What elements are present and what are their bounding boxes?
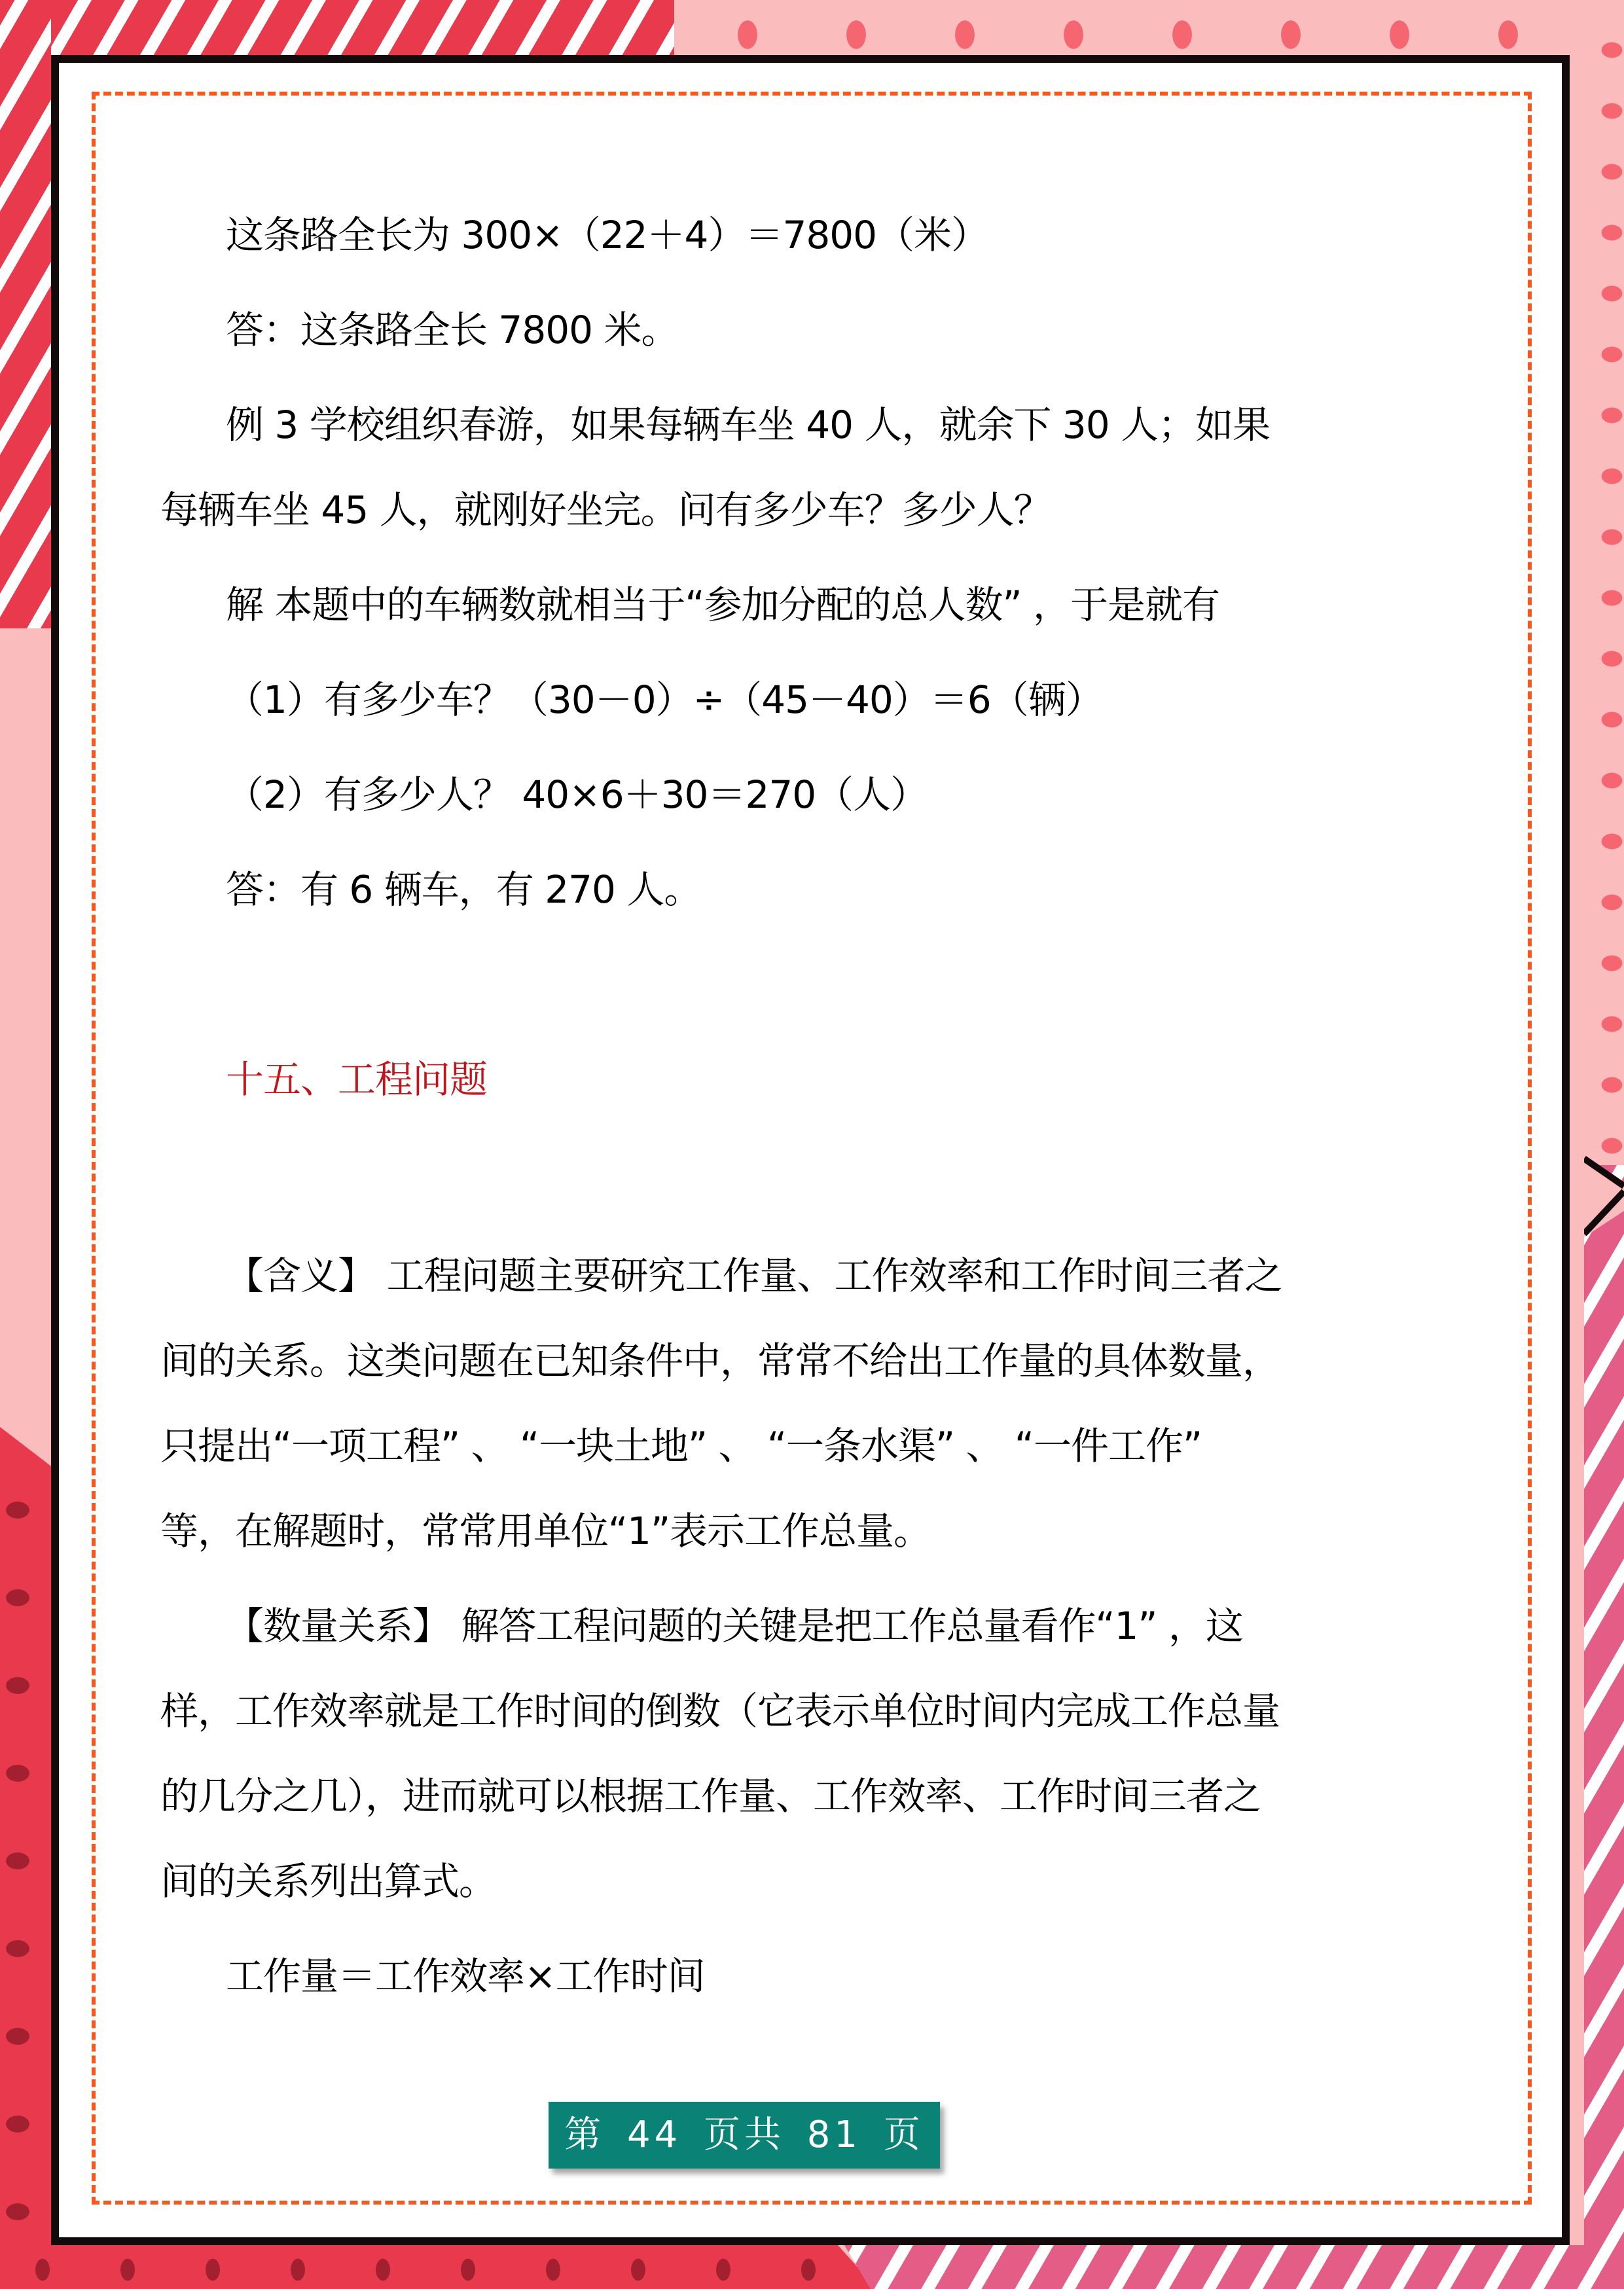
quantity-relation-text: 解答工程问题的关键是把工作总量看作“1” ，这: [450, 1604, 1243, 1648]
left-pink-decoration: [0, 628, 51, 1479]
definition-line-1: 【含义】 工程问题主要研究工作量、工作效率和工作时间三者之: [226, 1257, 1282, 1295]
right-dots-decoration: [1584, 0, 1624, 1165]
left-stripe-decoration: [0, 0, 51, 668]
quantity-relation-line-4: 间的关系列出算式。: [160, 1862, 496, 1900]
definition-label: 【含义】: [226, 1253, 375, 1298]
quantity-relation-line-1: 【数量关系】 解答工程问题的关键是把工作总量看作“1” ，这: [226, 1607, 1243, 1645]
solution-step-1: （1）有多少车？（30－0）÷（45－40）＝6（辆）: [226, 681, 1103, 719]
quantity-relation-label: 【数量关系】: [226, 1604, 450, 1648]
definition-line-3: 只提出“一项工程” 、 “一块土地” 、 “一条水渠” 、 “一件工作”: [160, 1427, 1202, 1465]
example-3-question-line-1: 例 3 学校组织春游，如果每辆车坐 40 人，就余下 30 人；如果: [226, 406, 1270, 444]
bottom-dots-decoration: [0, 2245, 877, 2289]
example-3-question-line-2: 每辆车坐 45 人，就刚好坐完。问有多少车？多少人？: [160, 491, 1051, 529]
definition-line-2: 间的关系。这类问题在已知条件中，常常不给出工作量的具体数量，: [160, 1342, 1280, 1380]
right-chevron-decoration: [1584, 1145, 1624, 1250]
top-dots-decoration: [674, 0, 1624, 60]
right-stripe-decoration: [1584, 1165, 1624, 2289]
answer-road-length: 答：这条路全长 7800 米。: [226, 311, 678, 349]
top-stripe-decoration: [0, 0, 746, 60]
definition-line-4: 等，在解题时，常常用单位“1”表示工作总量。: [160, 1512, 931, 1550]
page-number-badge: 第 44 页共 81 页: [549, 2102, 940, 2169]
solution-intro: 解 本题中的车辆数就相当于“参加分配的总人数” ，于是就有: [226, 586, 1219, 624]
calc-road-length: 这条路全长为 300×（22＋4）＝7800（米）: [226, 216, 988, 254]
section-heading: 十五、工程问题: [226, 1060, 487, 1098]
bottom-stripe-decoration: [844, 2245, 1624, 2289]
example-3-answer: 答：有 6 辆车，有 270 人。: [226, 871, 701, 909]
definition-text: 工程问题主要研究工作量、工作效率和工作时间三者之: [375, 1253, 1282, 1298]
quantity-relation-line-2: 样，工作效率就是工作时间的倒数（它表示单位时间内完成工作总量: [160, 1692, 1280, 1730]
quantity-relation-line-3: 的几分之几），进而就可以根据工作量、工作效率、工作时间三者之: [160, 1777, 1261, 1815]
left-dots-decoration: [0, 1427, 51, 2289]
solution-step-2: （2）有多少人？ 40×6＋30＝270（人）: [226, 776, 928, 814]
work-formula: 工作量＝工作效率×工作时间: [226, 1957, 705, 1995]
